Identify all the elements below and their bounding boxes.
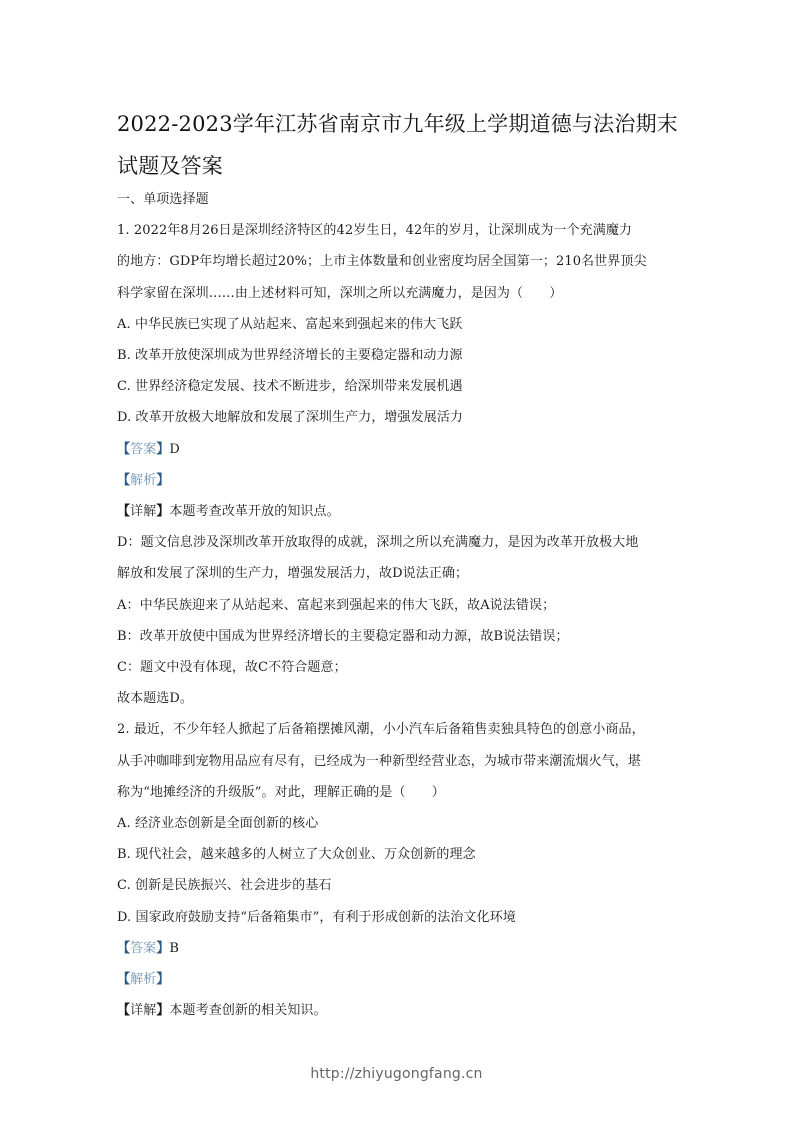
option-c: C. 世界经济稳定发展、技术不断进步，给深圳带来发展机遇 (117, 371, 687, 402)
explanation-conclusion: 故本题选D。 (117, 683, 687, 714)
analysis-line: 【解析】 (117, 465, 687, 496)
detail-line: 【详解】本题考查改革开放的知识点。 (117, 496, 687, 527)
detail-intro: 本题考查创新的相关知识。 (169, 1003, 326, 1018)
option-d: D. 改革开放极大地解放和发展了深圳生产力，增强发展活力 (117, 402, 687, 433)
explanation-line: 解放和发展了深圳的生产力，增强发展活力，故D说法正确； (117, 558, 687, 589)
question-2: 2. 最近，不少年轻人掀起了后备箱摆摊风潮，小小汽车后备箱售卖独具特色的创意小商… (117, 714, 687, 1026)
question-stem-line: 称为“地摊经济的升级版”。对此，理解正确的是（ ） (117, 777, 687, 808)
option-d: D. 国家政府鼓励支持“后备箱集市”，有利于形成创新的法治文化环境 (117, 902, 687, 933)
option-b: B. 改革开放使深圳成为世界经济增长的主要稳定器和动力源 (117, 340, 687, 371)
explanation-line: A：中华民族迎来了从站起来、富起来到强起来的伟大飞跃，故A说法错误； (117, 590, 687, 621)
question-stem-line: 从手冲咖啡到宠物用品应有尽有，已经成为一种新型经营业态，为城市带来潮流烟火气，堪 (117, 746, 687, 777)
analysis-line: 【解析】 (117, 964, 687, 995)
answer-value: D (169, 442, 180, 457)
analysis-label: 【解析】 (117, 473, 169, 488)
option-a: A. 中华民族已实现了从站起来、富起来到强起来的伟大飞跃 (117, 309, 687, 340)
document-body: 一、单项选择题 1. 2022年8月26日是深圳经济特区的42岁生日，42年的岁… (117, 184, 687, 1026)
detail-line: 【详解】本题考查创新的相关知识。 (117, 995, 687, 1026)
footer-url[interactable]: http://zhiyugongfang.cn (0, 1066, 793, 1082)
detail-label: 详解 (130, 504, 156, 519)
answer-line: 【答案】D (117, 434, 687, 465)
answer-label: 【答案】 (117, 941, 169, 956)
title-line-1: 2022-2023学年江苏省南京市九年级上学期道德与法治期末 (117, 103, 687, 145)
answer-line: 【答案】B (117, 933, 687, 964)
question-stem-line: 科学家留在深圳……由上述材料可知，深圳之所以充满魔力，是因为（ ） (117, 278, 687, 309)
answer-value: B (169, 941, 179, 956)
option-c: C. 创新是民族振兴、社会进步的基石 (117, 870, 687, 901)
explanation-line: D：题文信息涉及深圳改革开放取得的成就，深圳之所以充满魔力，是因为改革开放极大地 (117, 527, 687, 558)
document-title: 2022-2023学年江苏省南京市九年级上学期道德与法治期末 试题及答案 (117, 103, 687, 187)
explanation-line: C：题文中没有体现，故C不符合题意； (117, 652, 687, 683)
option-b: B. 现代社会，越来越多的人树立了大众创业、万众创新的理念 (117, 839, 687, 870)
question-stem-line: 2. 最近，不少年轻人掀起了后备箱摆摊风潮，小小汽车后备箱售卖独具特色的创意小商… (117, 714, 687, 745)
detail-label: 详解 (130, 1003, 156, 1018)
title-line-2: 试题及答案 (117, 145, 687, 187)
section-heading: 一、单项选择题 (117, 184, 687, 215)
question-stem-line: 1. 2022年8月26日是深圳经济特区的42岁生日，42年的岁月，让深圳成为一… (117, 215, 687, 246)
analysis-label: 【解析】 (117, 972, 169, 987)
answer-label: 【答案】 (117, 442, 169, 457)
explanation-line: B：改革开放使中国成为世界经济增长的主要稳定器和动力源，故B说法错误； (117, 621, 687, 652)
option-a: A. 经济业态创新是全面创新的核心 (117, 808, 687, 839)
detail-intro: 本题考查改革开放的知识点。 (169, 504, 339, 519)
question-1: 1. 2022年8月26日是深圳经济特区的42岁生日，42年的岁月，让深圳成为一… (117, 215, 687, 714)
question-stem-line: 的地方：GDP年均增长超过20%；上市主体数量和创业密度均居全国第一；210名世… (117, 246, 687, 277)
